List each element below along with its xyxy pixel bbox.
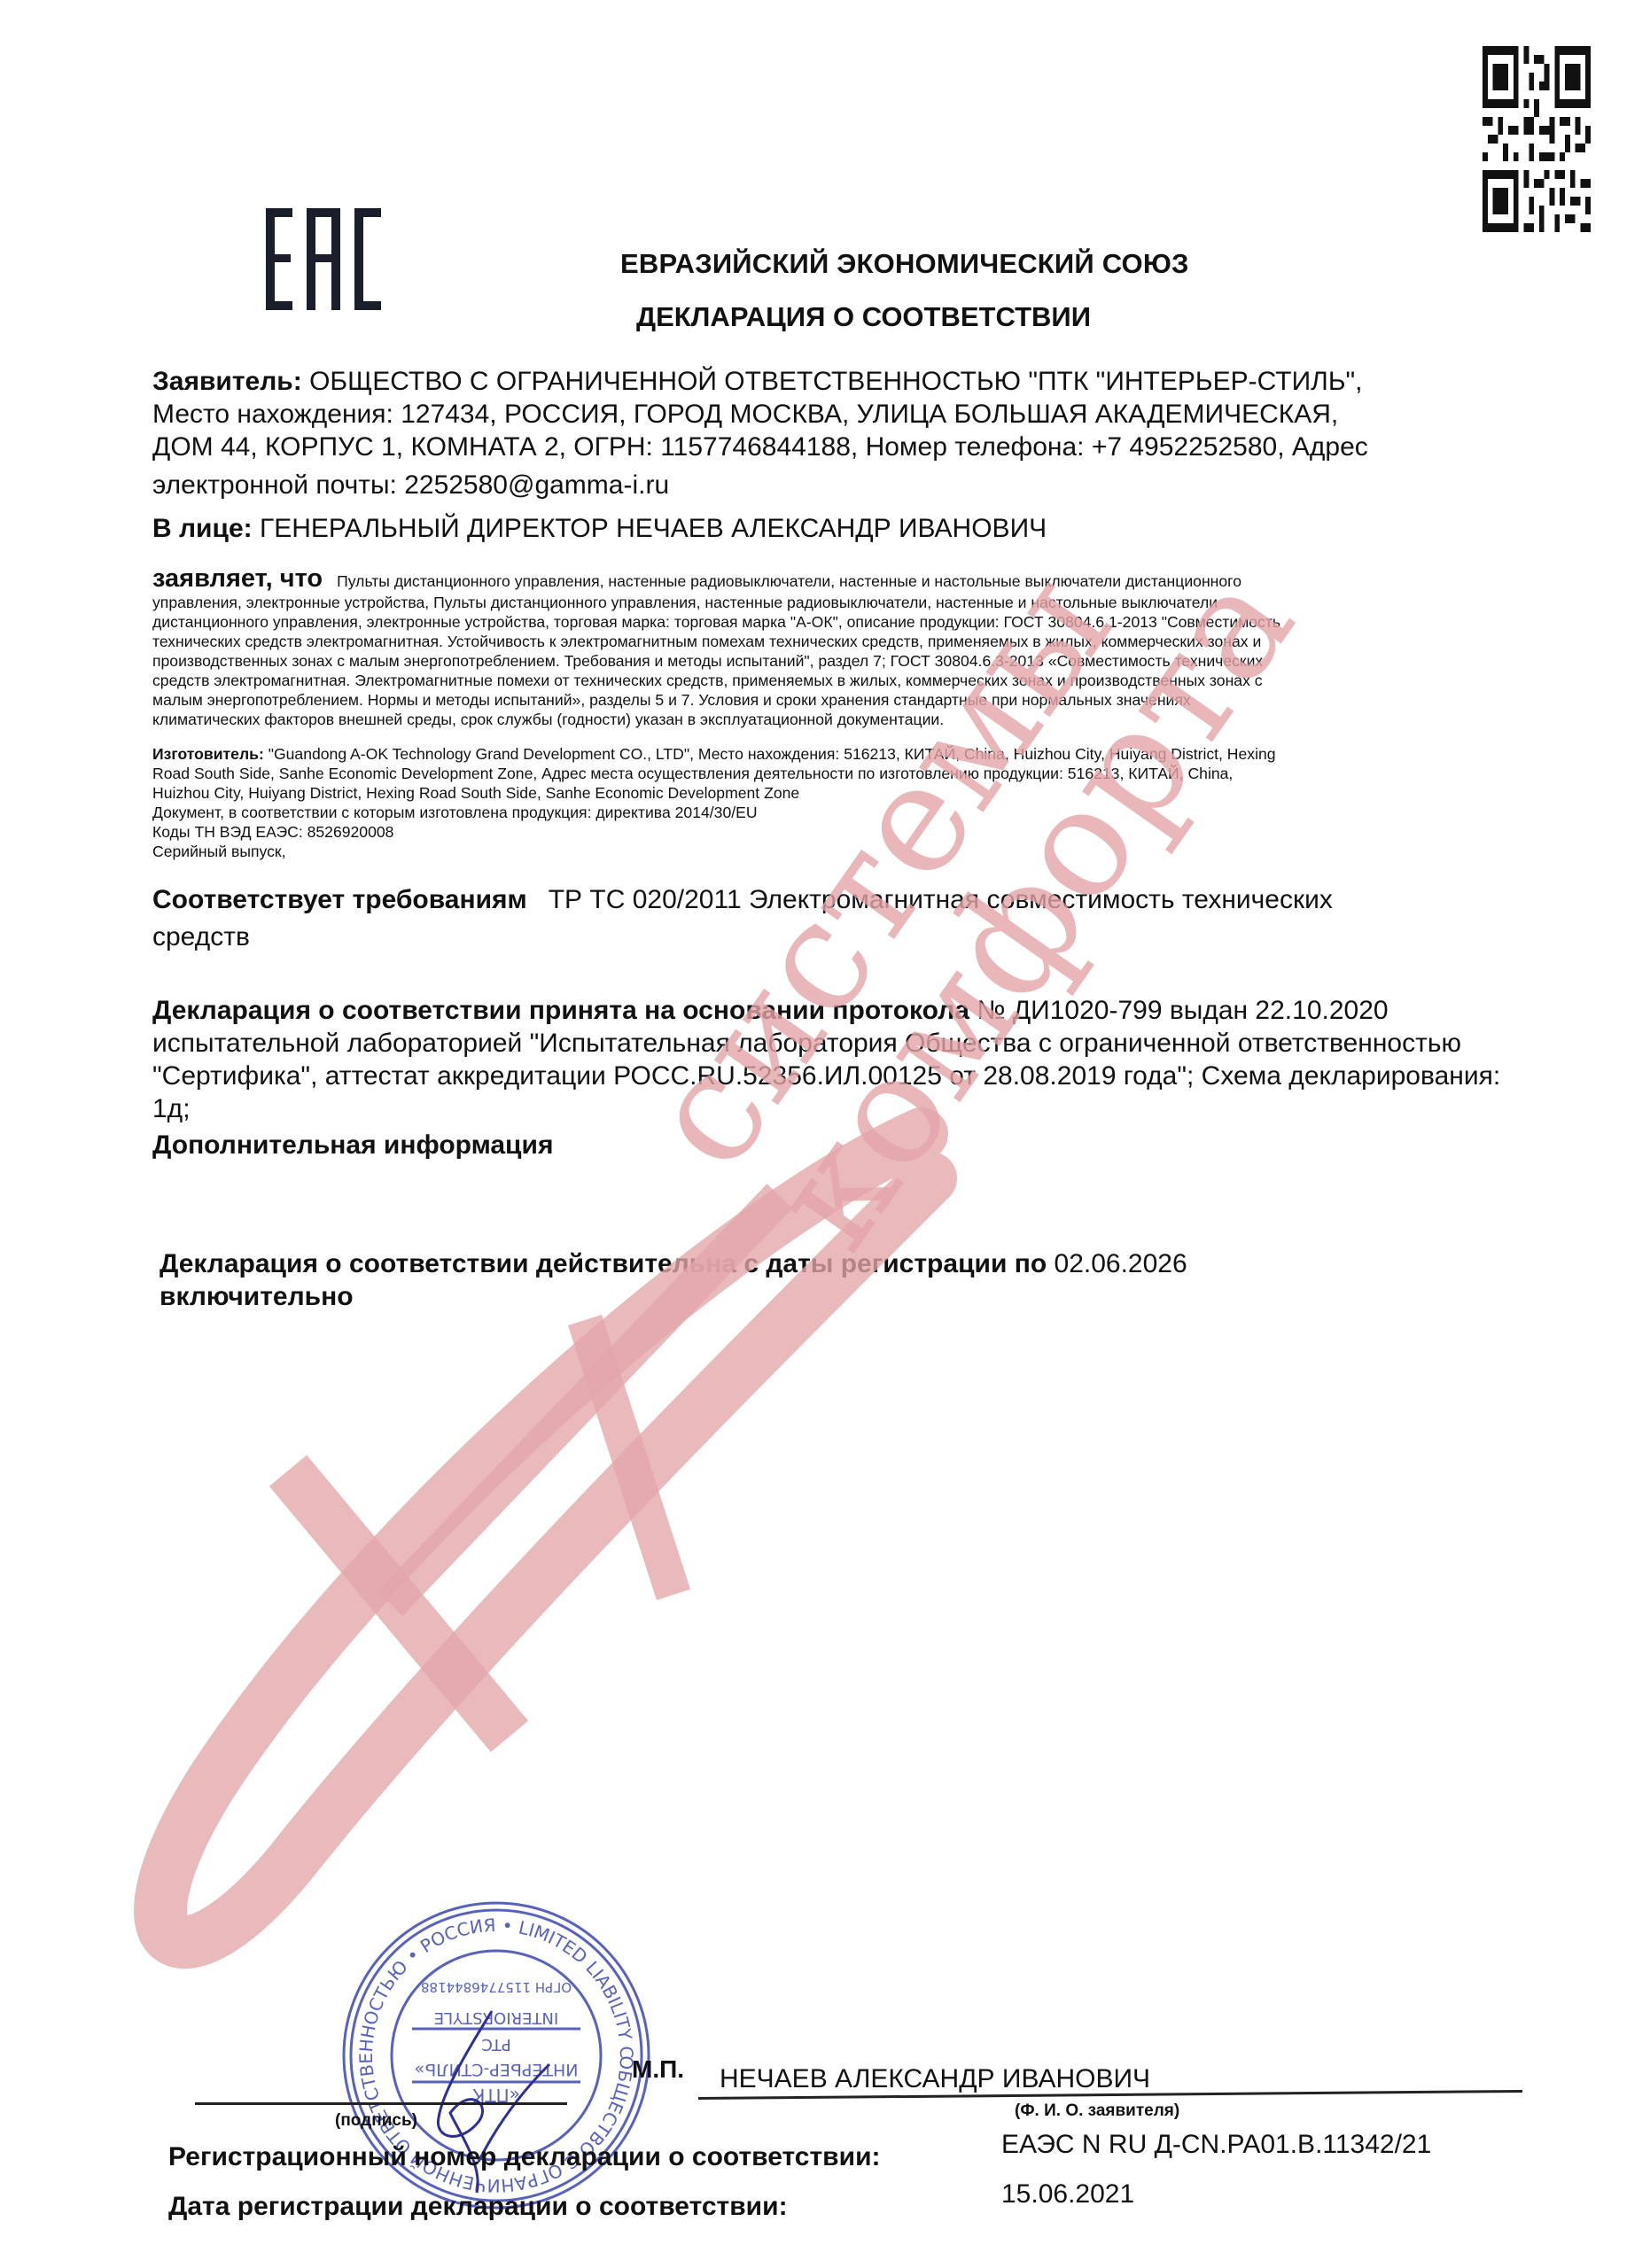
declares-line: управления, электронные устройства, Пуль… bbox=[152, 593, 1517, 612]
qr-code-icon[interactable] bbox=[1483, 46, 1591, 232]
manufacturer-block: Изготовитель: "Guandong A-OK Technology … bbox=[152, 744, 1517, 861]
basis-line-3: "Сертифика", аттестат аккредитации РОСС.… bbox=[152, 1060, 1535, 1092]
applicant-email: электронной почты: 2252580@gamma-i.ru bbox=[152, 469, 1535, 501]
validity-block: Декларация о соответствии действительна … bbox=[160, 1247, 1542, 1313]
registration-number-label: Регистрационный номер декларации о соотв… bbox=[168, 2142, 881, 2172]
protocol-number: № ДИ1020-799 выдан 22.10.2020 bbox=[969, 996, 1389, 1025]
applicant-label: Заявитель: bbox=[152, 367, 302, 396]
declares-label: заявляет, что bbox=[152, 564, 323, 593]
declares-line: климатических факторов внешней среды, ср… bbox=[152, 710, 1517, 729]
validity-label: Декларация о соответствии действительна … bbox=[160, 1249, 1047, 1278]
representative-value: ГЕНЕРАЛЬНЫЙ ДИРЕКТОР НЕЧАЕВ АЛЕКСАНДР ИВ… bbox=[253, 514, 1047, 543]
signature-line bbox=[195, 2102, 567, 2105]
declaration-page: ЕВРАЗИЙСКИЙ ЭКОНОМИЧЕСКИЙ СОЮЗ ДЕКЛАРАЦИ… bbox=[0, 0, 1650, 2268]
basis-block: Декларация о соответствии принята на осн… bbox=[152, 994, 1535, 1125]
manufacturer-line: Изготовитель: "Guandong A-OK Technology … bbox=[152, 744, 1517, 764]
basis-line-2: испытательной лабораторией "Испытательна… bbox=[152, 1027, 1535, 1060]
validity-inclusive: включительно bbox=[160, 1282, 354, 1311]
declares-block: заявляет, чтоПульты дистанционного управ… bbox=[152, 569, 1517, 729]
applicant-line-3: ДОМ 44, КОРПУС 1, КОМНАТА 2, ОГРН: 11577… bbox=[152, 431, 1535, 463]
declares-line: технических средств электромагнитная. Ус… bbox=[152, 632, 1517, 651]
applicant-line-2: Место нахождения: 127434, РОССИЯ, ГОРОД … bbox=[152, 398, 1535, 431]
serial-release: Серийный выпуск, bbox=[152, 842, 1517, 861]
compliance-regulation: ТР ТС 020/2011 Электромагнитная совмести… bbox=[549, 885, 1333, 914]
declares-line: производственных зонах с малым энергопот… bbox=[152, 651, 1517, 671]
svg-text:INTERIORSTYLE: INTERIORSTYLE bbox=[434, 2008, 558, 2027]
manufacturer-label: Изготовитель: bbox=[152, 745, 264, 763]
compliance-label: Соответствует требованиям bbox=[152, 885, 527, 914]
compliance-regulation-cont: средств bbox=[152, 919, 1535, 956]
registration-date-label: Дата регистрации декларации о соответств… bbox=[168, 2192, 788, 2222]
manufacturer-document: Документ, в соответствии с которым изгот… bbox=[152, 803, 1517, 822]
applicant-name: ОБЩЕСТВО С ОГРАНИЧЕННОЙ ОТВЕТСТВЕННОСТЬЮ… bbox=[302, 367, 1363, 396]
manufacturer-line: Huizhou City, Huiyang District, Hexing R… bbox=[152, 783, 1517, 803]
svg-text:ОГРН 1157746844188: ОГРН 1157746844188 bbox=[421, 1979, 572, 1995]
declares-line: дистанционного управления, электронные у… bbox=[152, 612, 1517, 632]
hs-codes: Коды ТН ВЭД ЕАЭС: 8526920008 bbox=[152, 822, 1517, 842]
applicant-block: Заявитель: ОБЩЕСТВО С ОГРАНИЧЕННОЙ ОТВЕТ… bbox=[152, 365, 1535, 501]
eac-logo-icon bbox=[266, 208, 381, 310]
signer-name: НЕЧАЕВ АЛЕКСАНДР ИВАНОВИЧ bbox=[720, 2064, 1150, 2094]
declaration-scheme: 1д; bbox=[152, 1092, 1535, 1125]
declares-line: малым энергопотреблением. Нормы и методы… bbox=[152, 690, 1517, 710]
declares-line: средств электромагнитная. Электромагнитн… bbox=[152, 671, 1517, 690]
document-title: ДЕКЛАРАЦИЯ О СООТВЕТСТВИИ bbox=[636, 301, 1091, 333]
manufacturer-line: Road South Side, Sanhe Economic Developm… bbox=[152, 764, 1517, 783]
applicant-line-1: Заявитель: ОБЩЕСТВО С ОГРАНИЧЕННОЙ ОТВЕТ… bbox=[152, 365, 1535, 398]
basis-label: Декларация о соответствии принята на осн… bbox=[152, 996, 969, 1025]
validity-date: 02.06.2026 bbox=[1047, 1249, 1187, 1278]
declares-line: заявляет, чтоПульты дистанционного управ… bbox=[152, 569, 1517, 591]
union-title: ЕВРАЗИЙСКИЙ ЭКОНОМИЧЕСКИЙ СОЮЗ bbox=[620, 248, 1189, 280]
seal-mark: М.П. bbox=[632, 2055, 684, 2084]
registration-number-value: ЕАЭС N RU Д-CN.PA01.B.11342/21 bbox=[1001, 2130, 1431, 2160]
svg-text:ИНТЕРЬЕР-СТИЛЬ»: ИНТЕРЬЕР-СТИЛЬ» bbox=[415, 2060, 579, 2079]
registration-date-value: 15.06.2021 bbox=[1001, 2179, 1134, 2210]
representative-label: В лице: bbox=[152, 514, 253, 543]
name-caption: (Ф. И. О. заявителя) bbox=[1015, 2101, 1179, 2121]
additional-info-heading: Дополнительная информация bbox=[152, 1129, 1535, 1161]
representative-block: В лице: ГЕНЕРАЛЬНЫЙ ДИРЕКТОР НЕЧАЕВ АЛЕК… bbox=[152, 512, 1535, 545]
svg-text:PTC: PTC bbox=[481, 2035, 510, 2054]
compliance-block: Соответствует требованиямТР ТС 020/2011 … bbox=[152, 882, 1535, 956]
signature-caption: (подпись) bbox=[335, 2111, 417, 2131]
